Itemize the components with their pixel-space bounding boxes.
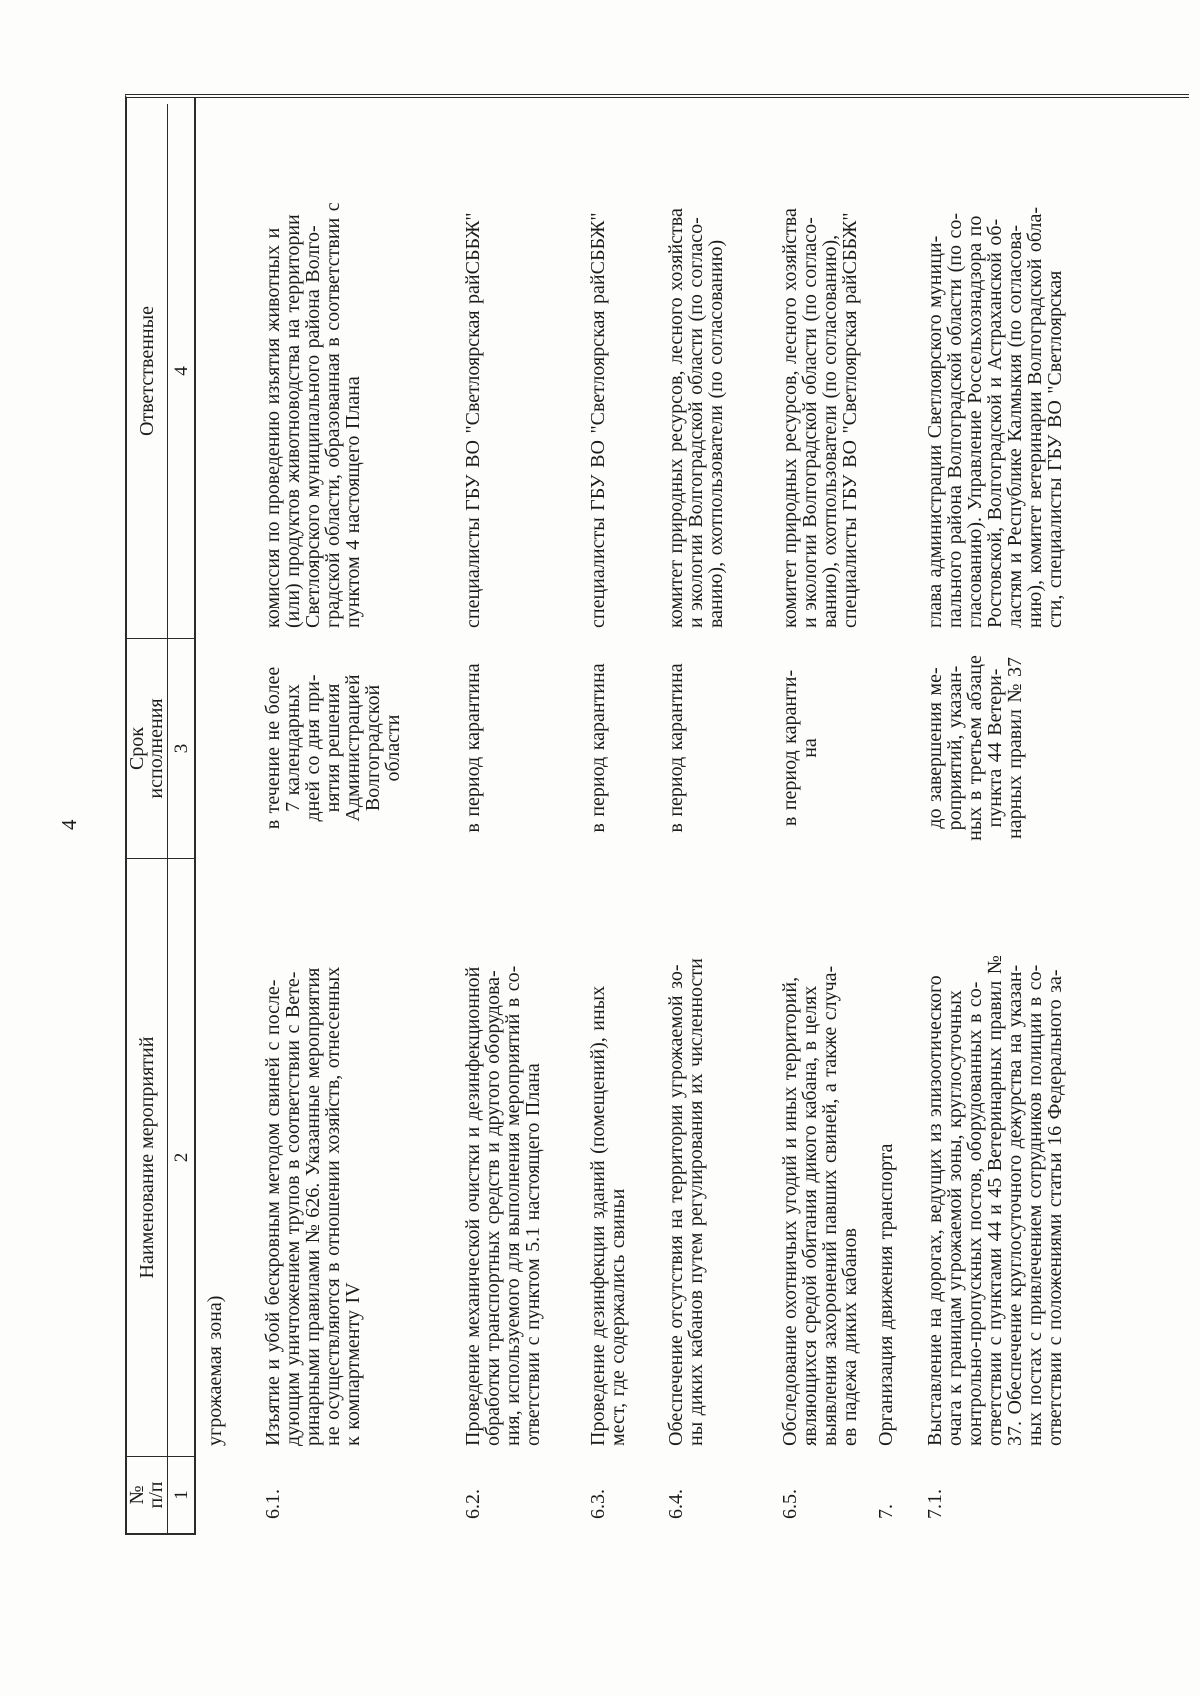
- row-number-cell: 6.1.: [254, 1456, 454, 1533]
- row-number-cell: 6.3.: [579, 1456, 657, 1533]
- measure-name-cell: Обследование охотничьих угодий и иных те…: [771, 858, 867, 1456]
- measure-name-cell: Изъятие и убой бескровным методом свиней…: [254, 858, 454, 1456]
- table-row-6-3: 6.3. Проведение дезинфекции зданий (поме…: [579, 98, 657, 1533]
- row-number-cell: 7.: [867, 1456, 916, 1533]
- responsible-cell: комиссия по проведению изъятия животных …: [254, 104, 454, 638]
- page-number: 4: [58, 820, 80, 831]
- measure-name-cell: угрожаемая зона): [196, 858, 254, 1456]
- col-header-num: № п/п: [127, 1456, 168, 1533]
- col-header-resp: Ответственные: [127, 104, 168, 638]
- responsible-cell: комитет природных ресурсов, лесного хозя…: [771, 104, 867, 638]
- term-cell: [196, 638, 254, 858]
- row-number-cell: [196, 1456, 254, 1533]
- plan-measures-table: № п/п Наименование мероприятий Срок испо…: [125, 94, 1189, 1535]
- table-row-continuation: угрожаемая зона): [196, 98, 254, 1533]
- term-cell: до завершения ме- роприятий, указан- ных…: [916, 638, 1189, 858]
- table-header-strip: № п/п Наименование мероприятий Срок испо…: [127, 98, 196, 1535]
- responsible-cell: комитет природных ресурсов, лесного хозя…: [657, 104, 771, 638]
- table-row-6-2: 6.2. Проведение механической очистки и д…: [454, 98, 579, 1533]
- table-row-6-4: 6.4. Обеспечение отсутствия на территори…: [657, 98, 771, 1533]
- responsible-cell: [196, 104, 254, 638]
- scanned-page: 4 № п/п Наименование мероприятий Срок ис…: [0, 0, 1200, 1696]
- term-cell: в период карантина: [579, 638, 657, 858]
- measure-name-cell: Проведение дезинфекции зданий (помещений…: [579, 858, 657, 1456]
- rotated-page-content: 4 № п/п Наименование мероприятий Срок ис…: [0, 0, 1200, 1696]
- table-row-7-1: 7.1. Выставление на дорогах, ведущих из …: [916, 98, 1189, 1533]
- term-cell: в период каранти- на: [771, 638, 867, 858]
- col-header-name: Наименование мероприятий: [127, 858, 168, 1456]
- table-body: угрожаемая зона) 6.1. Изъятие и убой бес…: [196, 98, 1189, 1535]
- col-number-4: 4: [168, 104, 194, 638]
- table-row-6-5: 6.5. Обследование охотничьих угодий и ин…: [771, 98, 867, 1533]
- responsible-cell: специалисты ГБУ ВО "Светлоярская райСББЖ…: [579, 104, 657, 638]
- term-cell: в течение не более 7 календарных дней со…: [254, 638, 454, 858]
- col-number-3: 3: [168, 638, 194, 858]
- term-cell: [867, 638, 916, 858]
- col-number-1: 1: [168, 1456, 194, 1533]
- row-number-cell: 6.2.: [454, 1456, 579, 1533]
- measure-name-cell: Выставление на дорогах, ведущих из эпизо…: [916, 858, 1189, 1456]
- responsible-cell: [867, 104, 916, 638]
- col-number-2: 2: [168, 858, 194, 1456]
- responsible-cell: глава администрации Светлоярского муници…: [916, 104, 1189, 638]
- row-number-cell: 6.5.: [771, 1456, 867, 1533]
- responsible-cell: специалисты ГБУ ВО "Светлоярская райСББЖ…: [454, 104, 579, 638]
- measure-name-cell: Проведение механической очистки и дезинф…: [454, 858, 579, 1456]
- term-cell: в период карантина: [454, 638, 579, 858]
- table-row-7: 7. Организация движения транспорта: [867, 98, 916, 1533]
- row-number-cell: 6.4.: [657, 1456, 771, 1533]
- measure-name-cell: Организация движения транспорта: [867, 858, 916, 1456]
- table-row-6-1: 6.1. Изъятие и убой бескровным методом с…: [254, 98, 454, 1533]
- term-cell: в период карантина: [657, 638, 771, 858]
- row-number-cell: 7.1.: [916, 1456, 1189, 1533]
- col-header-term: Срок исполнения: [127, 638, 168, 858]
- measure-name-cell: Обеспечение отсутствия на территории угр…: [657, 858, 771, 1456]
